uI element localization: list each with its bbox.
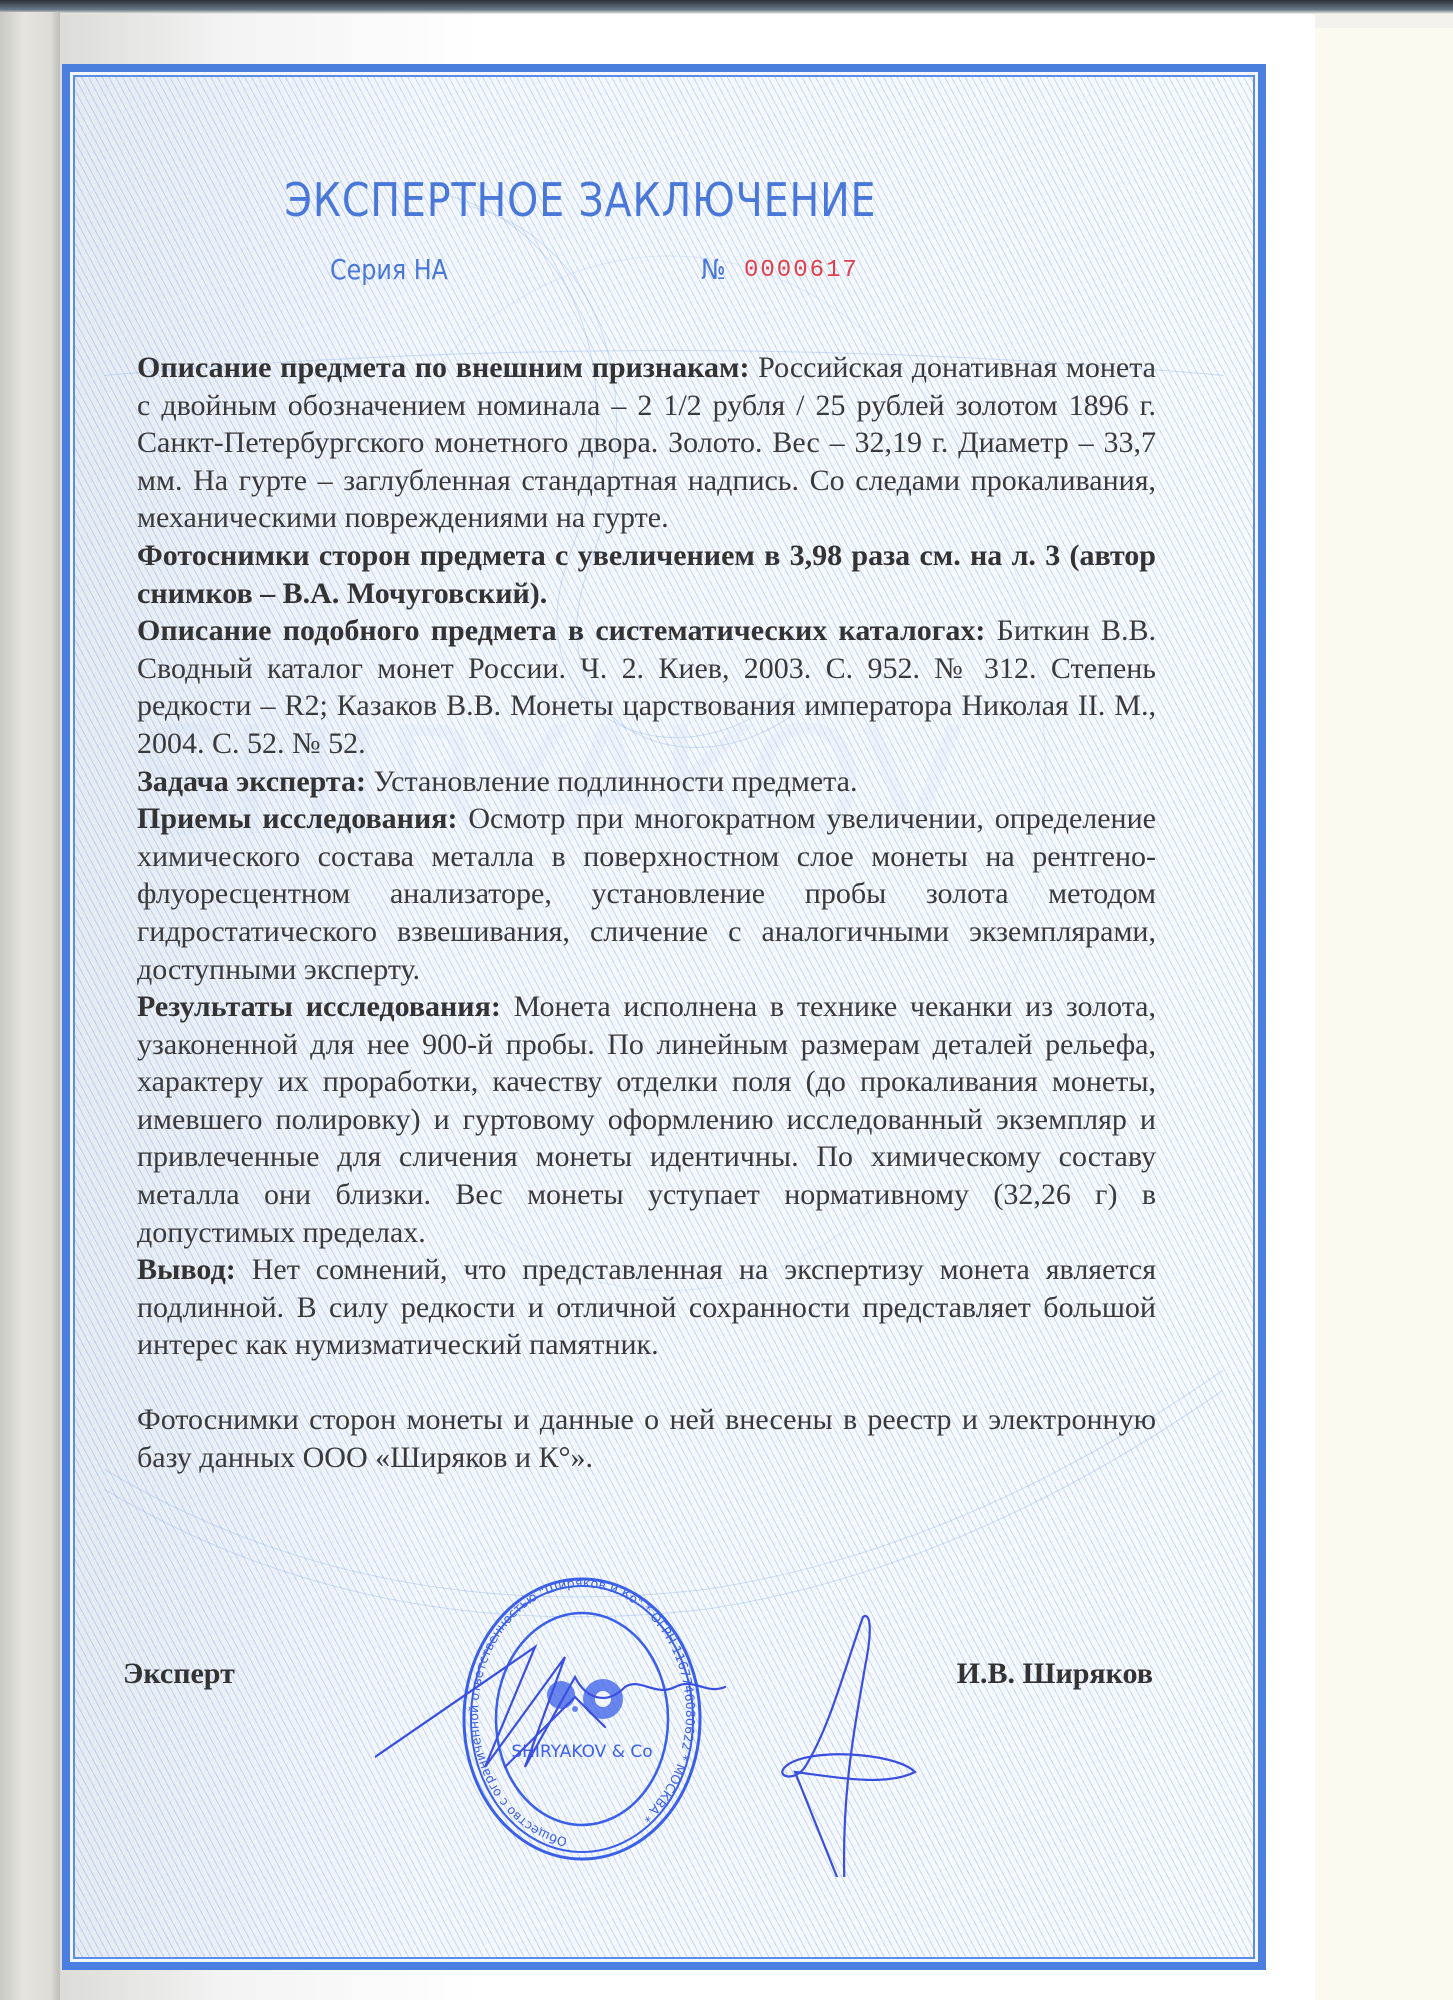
section-label: Задача эксперта:	[137, 765, 366, 798]
expert-name: И.В. Ширяков	[957, 1657, 1153, 1691]
conclusion-body: Описание предмета по внешним признакам: …	[137, 349, 1156, 1476]
section-label: Результаты исследования:	[137, 990, 501, 1023]
section-label: Описание подобного предмета в систематич…	[137, 614, 985, 647]
section-description: Описание предмета по внешним признакам: …	[137, 349, 1156, 537]
section-results: Результаты исследования: Монета исполнен…	[137, 988, 1156, 1251]
section-text: Нет сомнений, что представленная на эксп…	[137, 1253, 1156, 1361]
certificate-frame: SHIRYAKOV ЭКСПЕРТНОЕ ЗАКЛЮЧЕНИЕ Серия НА…	[62, 64, 1266, 1970]
section-catalogs: Описание подобного предмета в систематич…	[137, 612, 1156, 762]
page-edge	[1315, 28, 1453, 2000]
section-methods: Приемы исследования: Осмотр при многокра…	[137, 800, 1156, 988]
paragraph-gap	[137, 1364, 1156, 1401]
book-spine	[0, 12, 60, 2000]
series-label: Серия НА	[330, 253, 448, 286]
section-label: Описание предмета по внешним признакам:	[137, 351, 749, 384]
certificate-number: 0000617	[744, 257, 859, 284]
section-task: Задача эксперта: Установление подлинност…	[137, 763, 1156, 801]
certificate-inner-border: SHIRYAKOV ЭКСПЕРТНОЕ ЗАКЛЮЧЕНИЕ Серия НА…	[73, 75, 1255, 1959]
company-stamp-icon: Общество с ограниченной ответственностью…	[461, 1577, 703, 1861]
scanner-shadow	[0, 0, 1453, 14]
document-title: ЭКСПЕРТНОЕ ЗАКЛЮЧЕНИЕ	[245, 173, 916, 227]
section-conclusion: Вывод: Нет сомнений, что представленная …	[137, 1251, 1156, 1364]
section-label: Приемы исследования:	[137, 802, 457, 835]
expert-role-label: Эксперт	[123, 1657, 235, 1691]
number-sign: №	[701, 253, 726, 286]
section-photos: Фотоснимки сторон предмета с увеличением…	[137, 537, 1156, 612]
stamp-center-text: SHIRYAKOV & Co	[511, 1742, 652, 1762]
section-label: Фотоснимки сторон предмета с увеличением…	[137, 539, 1156, 610]
registry-note: Фотоснимки сторон монеты и данные о ней …	[137, 1401, 1156, 1476]
section-text: Монета исполнена в технике чеканки из зо…	[137, 990, 1156, 1249]
section-label: Вывод:	[137, 1253, 236, 1286]
section-text: Установление подлинности предмета.	[366, 765, 857, 798]
